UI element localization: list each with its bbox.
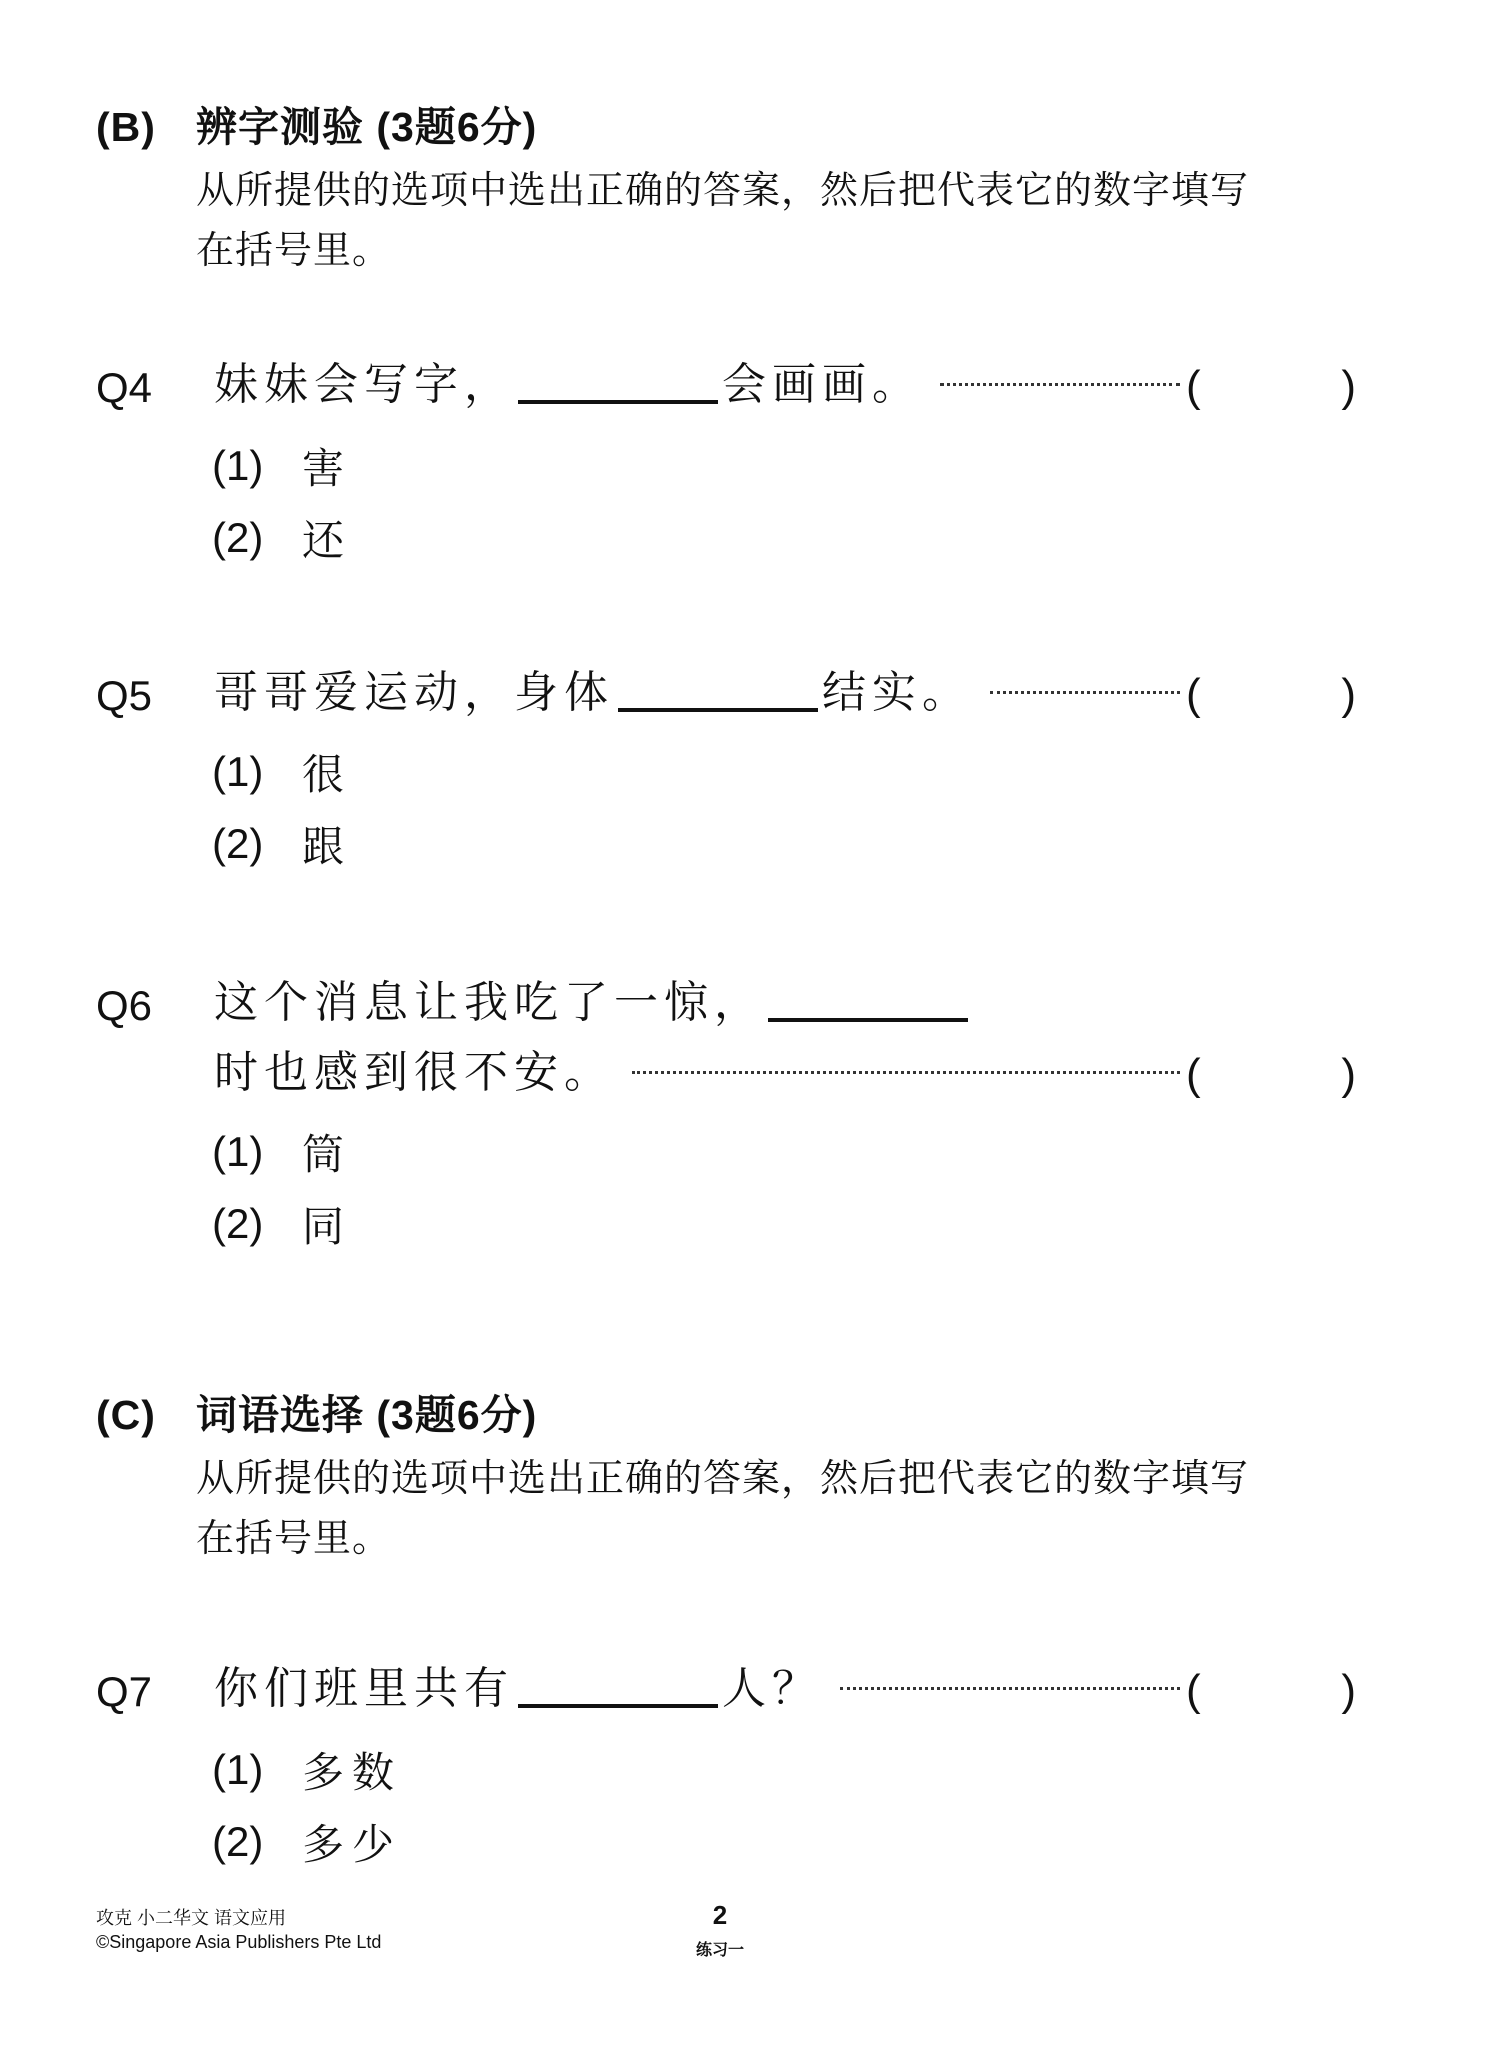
option-text: 多少 xyxy=(302,1812,402,1872)
section-c-letter: (C) xyxy=(96,1392,196,1439)
section-c-heading: (C)词语选择 (3题6分) xyxy=(96,1382,537,1441)
answer-bracket[interactable]: ( ) xyxy=(1186,362,1356,412)
instruction-line-2: 在括号里。 xyxy=(196,1508,1346,1568)
section-b-instruction: 从所提供的选项中选出正确的答案，然后把代表它的数字填写 在括号里。 xyxy=(196,160,1346,280)
instruction-line-1: 从所提供的选项中选出正确的答案，然后把代表它的数字填写 xyxy=(196,1448,1346,1508)
page-number: 2 xyxy=(680,1900,760,1931)
section-c-instruction: 从所提供的选项中选出正确的答案，然后把代表它的数字填写 在括号里。 xyxy=(196,1448,1346,1568)
bracket-open: ( xyxy=(1186,1666,1201,1716)
option-label: (1) xyxy=(212,1128,302,1176)
option-q5-2: (2) 跟 xyxy=(212,814,352,874)
question-text-continued: 时也感到很不安。 xyxy=(214,1036,614,1100)
bracket-close: ) xyxy=(1341,670,1356,720)
footer-page-info: 2 练习一 xyxy=(680,1900,760,1960)
option-label: (2) xyxy=(212,820,302,868)
option-text: 同 xyxy=(302,1194,352,1254)
text-after-blank: 结实。 xyxy=(822,656,972,720)
section-b-title: 辨字测验 (3题6分) xyxy=(196,104,537,150)
question-q4: Q4 妹妹会写字， 会画画。 ( ) xyxy=(96,352,1356,412)
fill-blank xyxy=(618,708,818,712)
option-text: 害 xyxy=(302,436,352,496)
text-before-blank: 妹妹会写字， xyxy=(214,348,514,412)
option-q7-1: (1) 多数 xyxy=(212,1740,402,1800)
instruction-line-2: 在括号里。 xyxy=(196,220,1346,280)
section-b-letter: (B) xyxy=(96,104,196,151)
text-before-blank: 哥哥爱运动，身体 xyxy=(214,656,614,720)
option-q6-2: (2) 同 xyxy=(212,1194,352,1254)
option-label: (1) xyxy=(212,1746,302,1794)
question-number: Q4 xyxy=(96,364,214,412)
fill-blank xyxy=(768,1018,968,1022)
option-label: (2) xyxy=(212,514,302,562)
option-q4-2: (2) 还 xyxy=(212,508,352,568)
question-text: 这个消息让我吃了一惊， xyxy=(214,966,972,1030)
bracket-close: ) xyxy=(1341,1050,1356,1100)
option-label: (2) xyxy=(212,1818,302,1866)
question-q6-line2: 时也感到很不安。 ( ) xyxy=(96,1040,1356,1100)
question-text: 哥哥爱运动，身体 结实。 xyxy=(214,656,972,720)
text-before-blank: 这个消息让我吃了一惊， xyxy=(214,966,764,1030)
text-after-blank: 人？ xyxy=(722,1652,822,1716)
instruction-line-1: 从所提供的选项中选出正确的答案，然后把代表它的数字填写 xyxy=(196,160,1346,220)
option-q7-2: (2) 多少 xyxy=(212,1812,402,1872)
dotted-leader xyxy=(840,1687,1180,1690)
exercise-label: 练习一 xyxy=(680,1937,760,1960)
question-number: Q6 xyxy=(96,982,214,1030)
text-after-blank: 时也感到很不安。 xyxy=(214,1036,614,1100)
option-q5-1: (1) 很 xyxy=(212,742,352,802)
question-q7: Q7 你们班里共有 人？ ( ) xyxy=(96,1656,1356,1716)
question-text: 你们班里共有 人？ xyxy=(214,1652,822,1716)
option-text: 跟 xyxy=(302,814,352,874)
bracket-close: ) xyxy=(1341,1666,1356,1716)
bracket-open: ( xyxy=(1186,362,1201,412)
option-text: 很 xyxy=(302,742,352,802)
section-c-title: 词语选择 (3题6分) xyxy=(196,1392,537,1438)
question-q6-line1: Q6 这个消息让我吃了一惊， xyxy=(96,970,1356,1030)
option-q6-1: (1) 筒 xyxy=(212,1122,352,1182)
copyright: ©Singapore Asia Publishers Pte Ltd xyxy=(96,1930,381,1954)
dotted-leader xyxy=(990,691,1180,694)
question-text: 妹妹会写字， 会画画。 xyxy=(214,348,922,412)
section-b-heading: (B)辨字测验 (3题6分) xyxy=(96,94,537,153)
option-text: 筒 xyxy=(302,1122,352,1182)
question-q5: Q5 哥哥爱运动，身体 结实。 ( ) xyxy=(96,660,1356,720)
bracket-open: ( xyxy=(1186,1050,1201,1100)
question-number: Q7 xyxy=(96,1668,214,1716)
option-label: (1) xyxy=(212,748,302,796)
footer-publisher: 攻克 小二华文 语文应用 ©Singapore Asia Publishers … xyxy=(96,1906,381,1954)
option-label: (2) xyxy=(212,1200,302,1248)
answer-bracket[interactable]: ( ) xyxy=(1186,1050,1356,1100)
answer-bracket[interactable]: ( ) xyxy=(1186,670,1356,720)
bracket-open: ( xyxy=(1186,670,1201,720)
dotted-leader xyxy=(632,1071,1180,1074)
fill-blank xyxy=(518,1704,718,1708)
option-q4-1: (1) 害 xyxy=(212,436,352,496)
text-before-blank: 你们班里共有 xyxy=(214,1652,514,1716)
option-text: 还 xyxy=(302,508,352,568)
text-after-blank: 会画画。 xyxy=(722,348,922,412)
option-text: 多数 xyxy=(302,1740,402,1800)
answer-bracket[interactable]: ( ) xyxy=(1186,1666,1356,1716)
question-number: Q5 xyxy=(96,672,214,720)
bracket-close: ) xyxy=(1341,362,1356,412)
dotted-leader xyxy=(940,383,1180,386)
option-label: (1) xyxy=(212,442,302,490)
fill-blank xyxy=(518,400,718,404)
book-title: 攻克 小二华文 语文应用 xyxy=(96,1906,381,1930)
